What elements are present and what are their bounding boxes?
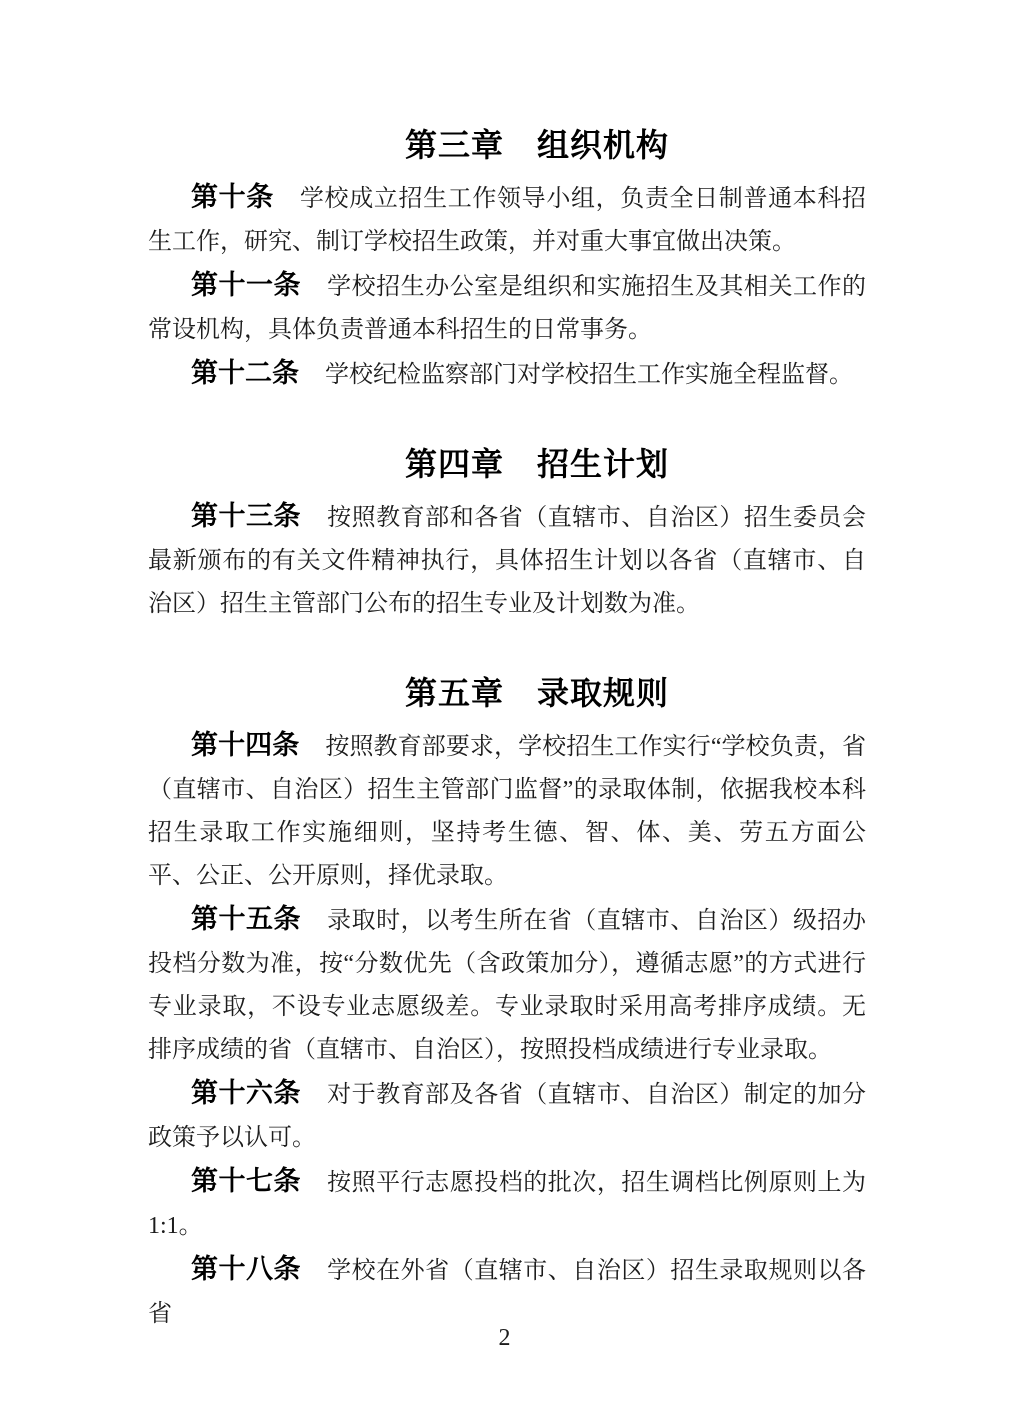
article-13-label: 第十三条 [191, 501, 301, 531]
article-11: 第十一条学校招生办公室是组织和实施招生及其相关工作的常设机构，具体负责普通本科招… [148, 264, 866, 352]
document-page: 第三章 组织机构 第十条学校成立招生工作领导小组，负责全日制普通本科招生工作，研… [0, 0, 1009, 1426]
article-12-label: 第十二条 [191, 358, 299, 388]
article-17: 第十七条按照平行志愿投档的批次，招生调档比例原则上为1:1。 [148, 1160, 866, 1248]
chapter-3-section: 第三章 组织机构 第十条学校成立招生工作领导小组，负责全日制普通本科招生工作，研… [148, 122, 866, 397]
article-11-label: 第十一条 [191, 270, 301, 300]
chapter-5-section: 第五章 录取规则 第十四条按照教育部要求，学校招生工作实行“学校负责，省（直辖市… [148, 670, 866, 1336]
article-17-label: 第十七条 [191, 1166, 301, 1196]
chapter-5-title: 第五章 录取规则 [148, 670, 866, 716]
article-14-label: 第十四条 [191, 730, 299, 760]
article-18-label: 第十八条 [191, 1254, 301, 1284]
article-12-text: 学校纪检监察部门对学校招生工作实施全程监督。 [325, 362, 853, 388]
article-16: 第十六条对于教育部及各省（直辖市、自治区）制定的加分政策予以认可。 [148, 1072, 866, 1160]
article-12: 第十二条学校纪检监察部门对学校招生工作实施全程监督。 [148, 352, 866, 397]
article-10-label: 第十条 [191, 182, 274, 212]
page-content: 第三章 组织机构 第十条学校成立招生工作领导小组，负责全日制普通本科招生工作，研… [0, 0, 1009, 1336]
article-13: 第十三条按照教育部和各省（直辖市、自治区）招生委员会最新颁布的有关文件精神执行，… [148, 495, 866, 626]
article-10: 第十条学校成立招生工作领导小组，负责全日制普通本科招生工作，研究、制订学校招生政… [148, 176, 866, 264]
chapter-4-title: 第四章 招生计划 [148, 441, 866, 487]
chapter-4-section: 第四章 招生计划 第十三条按照教育部和各省（直辖市、自治区）招生委员会最新颁布的… [148, 441, 866, 626]
article-15: 第十五条录取时，以考生所在省（直辖市、自治区）级招办投档分数为准，按“分数优先（… [148, 898, 866, 1072]
article-18: 第十八条学校在外省（直辖市、自治区）招生录取规则以各省 [148, 1248, 866, 1336]
article-16-label: 第十六条 [191, 1078, 301, 1108]
page-number: 2 [0, 1324, 1009, 1352]
chapter-3-title: 第三章 组织机构 [148, 122, 866, 168]
article-14: 第十四条按照教育部要求，学校招生工作实行“学校负责，省（直辖市、自治区）招生主管… [148, 724, 866, 898]
article-15-label: 第十五条 [191, 904, 301, 934]
